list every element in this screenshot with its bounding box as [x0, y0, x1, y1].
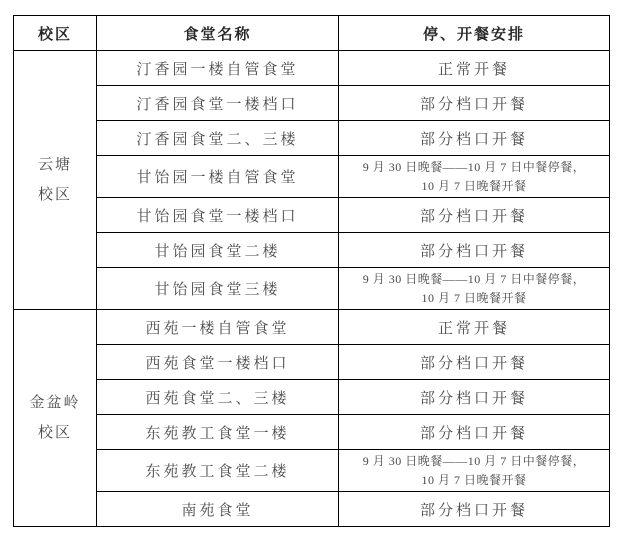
schedule-cell: 部分档口开餐 — [339, 345, 610, 380]
campus-name-line: 云塘 — [16, 150, 94, 180]
table-row: 东苑教工食堂一楼 部分档口开餐 — [14, 415, 610, 450]
canteen-name-cell: 甘饴园一楼自管食堂 — [97, 156, 339, 198]
campus-name-line: 校区 — [16, 418, 94, 448]
canteen-name-cell: 西苑一楼自管食堂 — [97, 310, 339, 345]
campus-name-line: 校区 — [16, 180, 94, 210]
schedule-cell: 正常开餐 — [339, 310, 610, 345]
table-row: 汀香园食堂二、三楼 部分档口开餐 — [14, 121, 610, 156]
table-row: 东苑教工食堂二楼 9 月 30 日晚餐——10 月 7 日中餐停餐， 10 月 … — [14, 450, 610, 492]
table-row: 甘饴园食堂二楼 部分档口开餐 — [14, 233, 610, 268]
table-row: 汀香园食堂一楼档口 部分档口开餐 — [14, 86, 610, 121]
table-row: 西苑食堂二、三楼 部分档口开餐 — [14, 380, 610, 415]
canteen-name-cell: 汀香园食堂一楼档口 — [97, 86, 339, 121]
campus-cell-yuntang: 云塘 校区 — [14, 51, 97, 310]
table-row: 西苑食堂一楼档口 部分档口开餐 — [14, 345, 610, 380]
canteen-name-cell: 南苑食堂 — [97, 492, 339, 527]
dining-schedule-table: 校区 食堂名称 停、开餐安排 云塘 校区 汀香园一楼自管食堂 正常开餐 汀香园食… — [13, 15, 610, 527]
column-header-schedule: 停、开餐安排 — [339, 16, 610, 51]
canteen-name-cell: 东苑教工食堂二楼 — [97, 450, 339, 492]
schedule-cell: 正常开餐 — [339, 51, 610, 86]
canteen-name-cell: 东苑教工食堂一楼 — [97, 415, 339, 450]
header-row: 校区 食堂名称 停、开餐安排 — [14, 16, 610, 51]
schedule-line: 10 月 7 日晚餐开餐 — [341, 289, 607, 308]
schedule-cell: 部分档口开餐 — [339, 198, 610, 233]
schedule-cell: 部分档口开餐 — [339, 415, 610, 450]
table-row: 云塘 校区 汀香园一楼自管食堂 正常开餐 — [14, 51, 610, 86]
table-row: 金盆岭 校区 西苑一楼自管食堂 正常开餐 — [14, 310, 610, 345]
canteen-name-cell: 汀香园食堂二、三楼 — [97, 121, 339, 156]
column-header-canteen-name: 食堂名称 — [97, 16, 339, 51]
schedule-cell: 9 月 30 日晚餐——10 月 7 日中餐停餐， 10 月 7 日晚餐开餐 — [339, 268, 610, 310]
schedule-cell: 部分档口开餐 — [339, 492, 610, 527]
campus-name-line: 金盆岭 — [16, 388, 94, 418]
table-row: 甘饴园食堂三楼 9 月 30 日晚餐——10 月 7 日中餐停餐， 10 月 7… — [14, 268, 610, 310]
table-row: 甘饴园食堂一楼档口 部分档口开餐 — [14, 198, 610, 233]
canteen-name-cell: 西苑食堂一楼档口 — [97, 345, 339, 380]
schedule-line: 9 月 30 日晚餐——10 月 7 日中餐停餐， — [341, 158, 607, 177]
schedule-cell: 部分档口开餐 — [339, 233, 610, 268]
schedule-line: 10 月 7 日晚餐开餐 — [341, 177, 607, 196]
table-row: 南苑食堂 部分档口开餐 — [14, 492, 610, 527]
canteen-name-cell: 西苑食堂二、三楼 — [97, 380, 339, 415]
campus-cell-jinpenling: 金盆岭 校区 — [14, 310, 97, 527]
schedule-cell: 部分档口开餐 — [339, 380, 610, 415]
canteen-name-cell: 汀香园一楼自管食堂 — [97, 51, 339, 86]
schedule-line: 10 月 7 日晚餐开餐 — [341, 471, 607, 490]
schedule-line: 9 月 30 日晚餐——10 月 7 日中餐停餐， — [341, 270, 607, 289]
schedule-cell: 9 月 30 日晚餐——10 月 7 日中餐停餐， 10 月 7 日晚餐开餐 — [339, 156, 610, 198]
schedule-line: 9 月 30 日晚餐——10 月 7 日中餐停餐， — [341, 452, 607, 471]
canteen-name-cell: 甘饴园食堂二楼 — [97, 233, 339, 268]
schedule-cell: 9 月 30 日晚餐——10 月 7 日中餐停餐， 10 月 7 日晚餐开餐 — [339, 450, 610, 492]
schedule-cell: 部分档口开餐 — [339, 121, 610, 156]
canteen-name-cell: 甘饴园食堂三楼 — [97, 268, 339, 310]
schedule-cell: 部分档口开餐 — [339, 86, 610, 121]
dining-schedule-table-container: 校区 食堂名称 停、开餐安排 云塘 校区 汀香园一楼自管食堂 正常开餐 汀香园食… — [13, 15, 610, 527]
canteen-name-cell: 甘饴园食堂一楼档口 — [97, 198, 339, 233]
column-header-campus: 校区 — [14, 16, 97, 51]
table-row: 甘饴园一楼自管食堂 9 月 30 日晚餐——10 月 7 日中餐停餐， 10 月… — [14, 156, 610, 198]
